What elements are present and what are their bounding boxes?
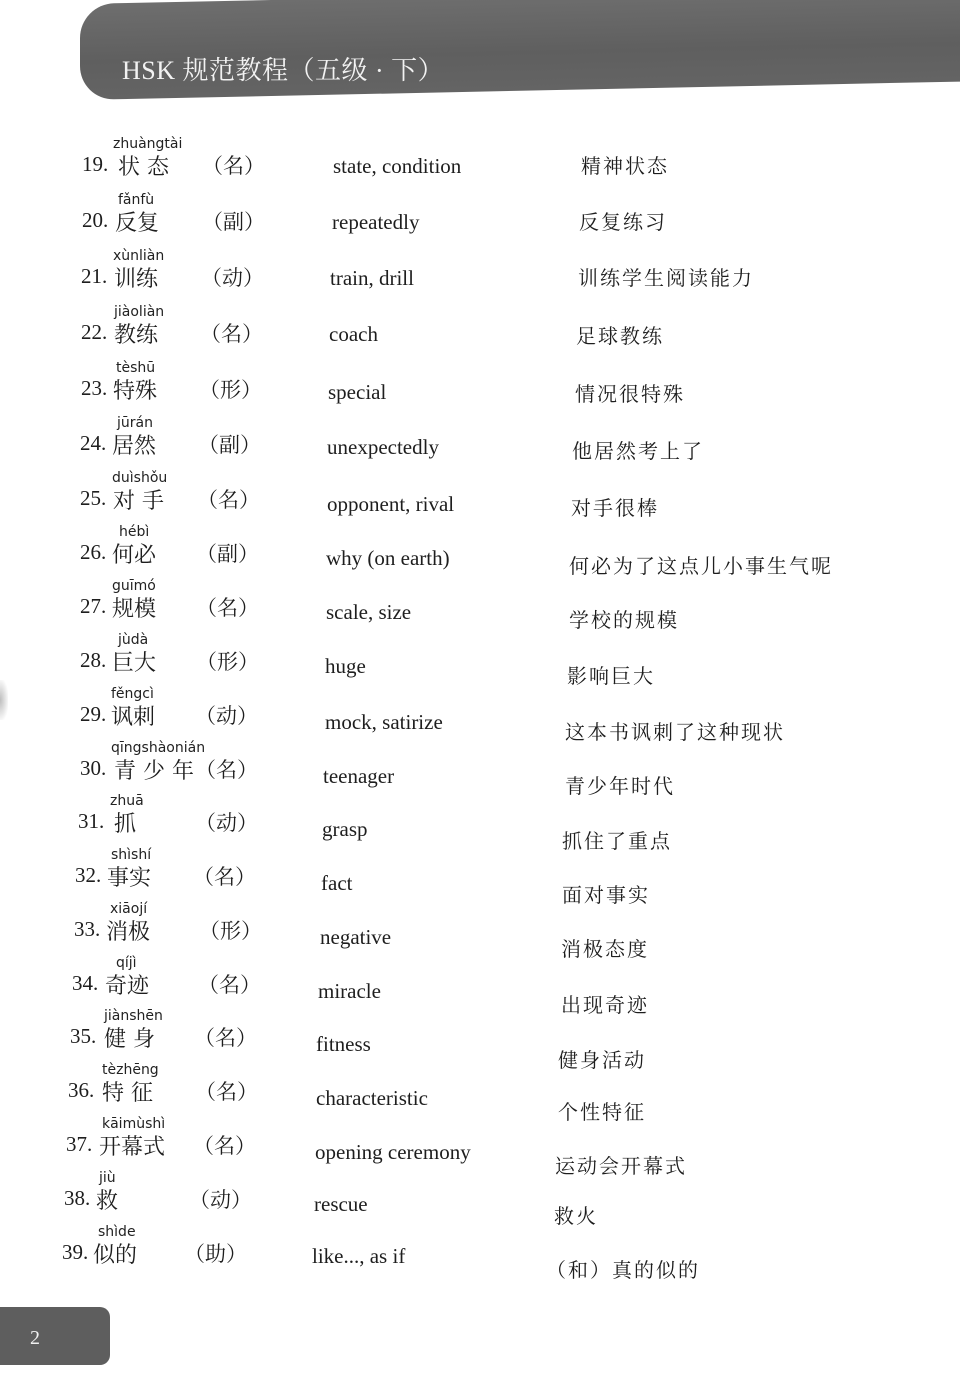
english-meaning: why (on earth) bbox=[326, 546, 450, 571]
english-meaning: like..., as if bbox=[312, 1244, 405, 1269]
entry-number: 23. bbox=[81, 376, 107, 401]
part-of-speech: （名） bbox=[193, 861, 256, 891]
entry-number: 35. bbox=[70, 1024, 96, 1049]
english-meaning: state, condition bbox=[333, 154, 461, 179]
headword: 状 态 bbox=[118, 150, 169, 181]
example-phrase: 影响巨大 bbox=[567, 660, 655, 689]
english-meaning: mock, satirize bbox=[325, 710, 443, 735]
entry-number: 28. bbox=[80, 648, 106, 673]
headword: 巨大 bbox=[112, 646, 156, 677]
part-of-speech: （副） bbox=[202, 206, 265, 236]
headword: 开幕式 bbox=[99, 1130, 165, 1161]
english-meaning: rescue bbox=[314, 1192, 368, 1217]
example-phrase: 青少年时代 bbox=[565, 770, 675, 799]
english-meaning: repeatedly bbox=[332, 210, 419, 235]
example-phrase: 救火 bbox=[554, 1200, 598, 1229]
example-phrase: 精神状态 bbox=[581, 150, 669, 179]
entry-number: 29. bbox=[80, 702, 106, 727]
page-edge-shadow bbox=[0, 680, 8, 720]
entry-number: 37. bbox=[66, 1132, 92, 1157]
book-title: HSK 规范教程（五级 · 下） bbox=[122, 50, 444, 87]
headword: 抓 bbox=[114, 807, 136, 838]
english-meaning: unexpectedly bbox=[327, 435, 439, 460]
example-phrase: 他居然考上了 bbox=[572, 435, 704, 464]
page-number: 2 bbox=[30, 1327, 40, 1350]
part-of-speech: （动） bbox=[189, 1184, 252, 1214]
headword: 似的 bbox=[93, 1238, 137, 1269]
entry-number: 24. bbox=[80, 431, 106, 456]
entry-number: 36. bbox=[68, 1078, 94, 1103]
part-of-speech: （名） bbox=[200, 318, 263, 348]
entry-number: 39. bbox=[62, 1240, 88, 1265]
example-phrase: 何必为了这点儿小事生气呢 bbox=[569, 550, 833, 579]
part-of-speech: （副） bbox=[198, 429, 261, 459]
entry-number: 19. bbox=[82, 152, 108, 177]
example-phrase: 学校的规模 bbox=[569, 604, 679, 633]
example-phrase: 训练学生阅读能力 bbox=[578, 262, 754, 291]
part-of-speech: （副） bbox=[196, 538, 259, 568]
part-of-speech: （形） bbox=[196, 646, 259, 676]
headword: 对 手 bbox=[113, 484, 164, 515]
english-meaning: characteristic bbox=[316, 1086, 428, 1111]
example-phrase: 这本书讽刺了这种现状 bbox=[565, 716, 785, 745]
headword: 反复 bbox=[115, 206, 159, 237]
example-phrase: 反复练习 bbox=[579, 206, 667, 235]
english-meaning: fact bbox=[321, 871, 352, 896]
example-phrase: 抓住了重点 bbox=[562, 825, 672, 854]
headword: 居然 bbox=[112, 429, 156, 460]
entry-number: 26. bbox=[80, 540, 106, 565]
entry-number: 21. bbox=[81, 264, 107, 289]
english-meaning: huge bbox=[325, 654, 366, 679]
headword: 消极 bbox=[106, 915, 150, 946]
headword: 规模 bbox=[112, 592, 156, 623]
part-of-speech: （名） bbox=[196, 592, 259, 622]
example-phrase: 消极态度 bbox=[561, 933, 649, 962]
part-of-speech: （动） bbox=[195, 700, 258, 730]
english-meaning: train, drill bbox=[330, 266, 414, 291]
headword: 教练 bbox=[114, 318, 158, 349]
part-of-speech: （形） bbox=[199, 374, 262, 404]
english-meaning: scale, size bbox=[326, 600, 411, 625]
example-phrase: 对手很棒 bbox=[571, 492, 659, 521]
page-number-tab bbox=[0, 1307, 110, 1365]
headword: 健 身 bbox=[104, 1022, 155, 1053]
part-of-speech: （名） bbox=[197, 484, 260, 514]
entry-number: 27. bbox=[80, 594, 106, 619]
headword: 青 少 年 bbox=[114, 754, 194, 785]
part-of-speech: （形） bbox=[199, 915, 262, 945]
english-meaning: coach bbox=[329, 322, 378, 347]
entry-number: 25. bbox=[80, 486, 106, 511]
english-meaning: opening ceremony bbox=[315, 1140, 471, 1165]
entry-number: 33. bbox=[74, 917, 100, 942]
example-phrase: 个性特征 bbox=[558, 1096, 646, 1125]
part-of-speech: （名） bbox=[198, 969, 261, 999]
headword: 事实 bbox=[107, 861, 151, 892]
part-of-speech: （助） bbox=[184, 1238, 247, 1268]
entry-number: 22. bbox=[81, 320, 107, 345]
example-phrase: 健身活动 bbox=[558, 1044, 646, 1073]
example-phrase: 情况很特殊 bbox=[575, 378, 685, 407]
entry-number: 20. bbox=[82, 208, 108, 233]
part-of-speech: （名） bbox=[195, 754, 258, 784]
headword: 特 征 bbox=[102, 1076, 153, 1107]
english-meaning: teenager bbox=[323, 764, 394, 789]
part-of-speech: （名） bbox=[194, 1022, 257, 1052]
example-phrase: （和）真的似的 bbox=[546, 1254, 700, 1283]
part-of-speech: （动） bbox=[201, 262, 264, 292]
english-meaning: special bbox=[328, 380, 386, 405]
headword: 何必 bbox=[112, 538, 156, 569]
entry-number: 34. bbox=[72, 971, 98, 996]
headword: 救 bbox=[96, 1184, 118, 1215]
part-of-speech: （名） bbox=[193, 1130, 256, 1160]
example-phrase: 足球教练 bbox=[576, 320, 664, 349]
english-meaning: grasp bbox=[322, 817, 368, 842]
english-meaning: fitness bbox=[316, 1032, 371, 1057]
headword: 训练 bbox=[114, 262, 158, 293]
entry-number: 32. bbox=[75, 863, 101, 888]
entry-number: 38. bbox=[64, 1186, 90, 1211]
english-meaning: opponent, rival bbox=[327, 492, 454, 517]
example-phrase: 运动会开幕式 bbox=[555, 1150, 687, 1179]
entry-number: 31. bbox=[78, 809, 104, 834]
headword: 特殊 bbox=[113, 374, 157, 405]
example-phrase: 面对事实 bbox=[562, 879, 650, 908]
headword: 讽刺 bbox=[111, 700, 155, 731]
part-of-speech: （动） bbox=[195, 807, 258, 837]
part-of-speech: （名） bbox=[195, 1076, 258, 1106]
part-of-speech: （名） bbox=[202, 150, 265, 180]
headword: 奇迹 bbox=[105, 969, 149, 1000]
example-phrase: 出现奇迹 bbox=[561, 989, 649, 1018]
english-meaning: miracle bbox=[318, 979, 381, 1004]
entry-number: 30. bbox=[80, 756, 106, 781]
english-meaning: negative bbox=[320, 925, 391, 950]
